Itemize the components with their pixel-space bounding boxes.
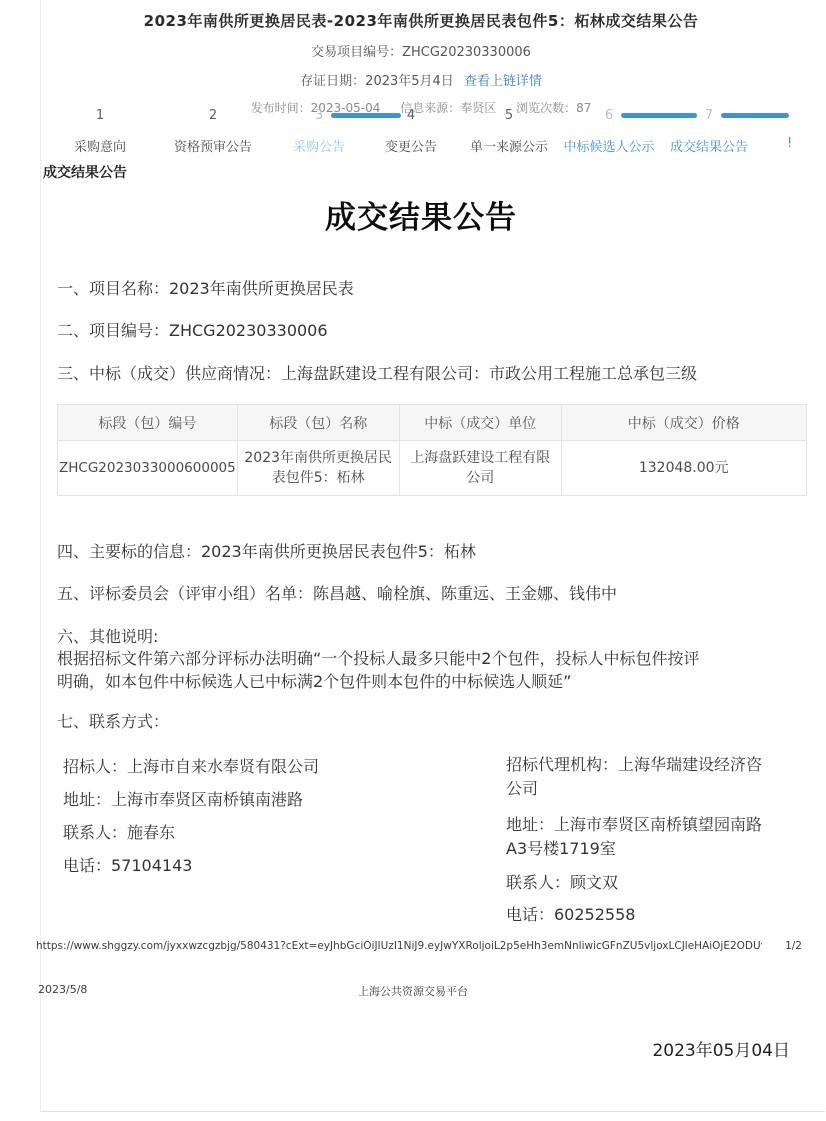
- step-number: 2: [174, 108, 252, 124]
- page-indicator: 1/2: [785, 940, 802, 952]
- project-number-line: 交易项目编号：ZHCG20230330006: [41, 41, 801, 60]
- item-subject-info: 四、主要标的信息：2023年南供所更换居民表包件5：柘林: [57, 539, 476, 562]
- document-date: 2023年05月04日: [652, 1036, 790, 1061]
- other-notes-line2: 明确，如本包件中标候选人已中标满2个包件则本包件的中标候选人顺延”: [57, 669, 571, 692]
- document-header: 2023年南供所更换居民表-2023年南供所更换居民表包件5：柘林成交结果公告 …: [41, 10, 801, 116]
- col-lot-name: 标段（包）名称: [237, 405, 399, 441]
- cert-date-line: 存证日期：2023年5月4日查看上链详情: [41, 70, 801, 89]
- step-label: 采购意向: [74, 136, 126, 155]
- agency-name-line2: 公司: [506, 776, 538, 799]
- clipped-next-step-fragment: !: [787, 136, 793, 151]
- item-contact-title: 七、联系方式：: [57, 709, 169, 732]
- item-project-number: 二、项目编号：ZHCG20230330006: [57, 318, 328, 341]
- step-connector-line: [331, 113, 401, 118]
- agency-name-line1: 招标代理机构：上海华瑞建设经济咨: [506, 752, 762, 775]
- agency-address-line1: 地址：上海市奉贤区南桥镇望园南路: [506, 812, 762, 835]
- cell-winning-price: 132048.00元: [561, 441, 806, 496]
- step-label: 资格预审公告: [174, 136, 252, 155]
- item-project-name: 一、项目名称：2023年南供所更换居民表: [57, 276, 354, 299]
- item-committee-list: 五、评标委员会（评审小组）名单：陈昌越、喻栓旗、陈重远、王金娜、钱伟中: [57, 581, 617, 604]
- item-winning-supplier: 三、中标（成交）供应商情况：上海盘跃建设工程有限公司：市政公用工程施工总承包三级: [57, 361, 697, 384]
- cell-lot-name: 2023年南供所更换居民表包件5：柘林: [237, 441, 399, 496]
- source-url: https://www.shggzy.com/jyxxwzcgzbjg/5804…: [36, 940, 762, 952]
- step-label[interactable]: 采购公告: [293, 136, 345, 155]
- tenderer-contact-person: 联系人：施春东: [63, 820, 175, 843]
- page-title: 2023年南供所更换居民表-2023年南供所更换居民表包件5：柘林成交结果公告: [41, 10, 801, 31]
- cert-date-value: 2023年5月4日: [365, 74, 454, 89]
- print-url-footer: https://www.shggzy.com/jyxxwzcgzbjg/5804…: [36, 940, 802, 952]
- announcement-main-title: 成交结果公告: [41, 192, 801, 237]
- step-number: 5: [470, 108, 548, 124]
- table-header-row: 标段（包）编号 标段（包）名称 中标（成交）单位 中标（成交）价格: [58, 405, 807, 441]
- agency-contact-person: 联系人：顾文双: [506, 870, 618, 893]
- project-number-label: 交易项目编号：: [311, 45, 402, 60]
- step-label[interactable]: 成交结果公告: [670, 136, 748, 155]
- project-number-value: ZHCG20230330006: [402, 45, 531, 60]
- step-label: 单一来源公示: [470, 136, 548, 155]
- print-date: 2023/5/8: [38, 983, 87, 996]
- print-site-name: 上海公共资源交易平台: [0, 983, 826, 999]
- step-single-source: 5 单一来源公示: [470, 108, 548, 155]
- other-notes-line1: 根据招标文件第六部分评标办法明确“一个投标人最多只能中2个包件，投标人中标包件按…: [57, 646, 699, 669]
- col-winning-price: 中标（成交）价格: [561, 405, 806, 441]
- section-breadcrumb-title: 成交结果公告: [43, 162, 127, 182]
- tenderer-address: 地址：上海市奉贤区南桥镇南港路: [63, 787, 303, 810]
- cell-winning-unit: 上海盘跃建设工程有限公司: [399, 441, 561, 496]
- agency-address-line2: A3号楼1719室: [506, 836, 616, 859]
- step-label: 变更公告: [385, 136, 437, 155]
- print-page2-header: 2023/5/8 上海公共资源交易平台: [0, 983, 826, 999]
- tenderer-phone: 电话：57104143: [63, 853, 192, 876]
- print-preview-viewport: 2023年南供所更换居民表-2023年南供所更换居民表包件5：柘林成交结果公告 …: [0, 0, 826, 1121]
- result-table: 标段（包）编号 标段（包）名称 中标（成交）单位 中标（成交）价格 ZHCG20…: [57, 404, 807, 496]
- step-label[interactable]: 中标候选人公示: [563, 136, 654, 155]
- agency-phone: 电话：60252558: [506, 902, 635, 925]
- item-other-notes-title: 六、其他说明:: [57, 624, 158, 647]
- cell-lot-number: ZHCG2023033000600005: [58, 441, 238, 496]
- cert-date-label: 存证日期：: [300, 74, 365, 89]
- step-procurement-intent: 1 采购意向: [74, 108, 126, 155]
- step-connector-line: [721, 113, 789, 118]
- col-lot-number: 标段（包）编号: [58, 405, 238, 441]
- process-step-bar: 1 采购意向 2 资格预审公告 3 采购公告 4 变更公告 5 单一来源公示 6…: [41, 108, 826, 166]
- view-chain-details-link[interactable]: 查看上链详情: [464, 74, 542, 89]
- tenderer-name: 招标人：上海市自来水奉贤有限公司: [63, 754, 319, 777]
- step-connector-line: [621, 113, 697, 118]
- table-row: ZHCG2023033000600005 2023年南供所更换居民表包件5：柘林…: [58, 441, 807, 496]
- col-winning-unit: 中标（成交）单位: [399, 405, 561, 441]
- step-prequalification: 2 资格预审公告: [174, 108, 252, 155]
- step-number: 1: [74, 108, 126, 124]
